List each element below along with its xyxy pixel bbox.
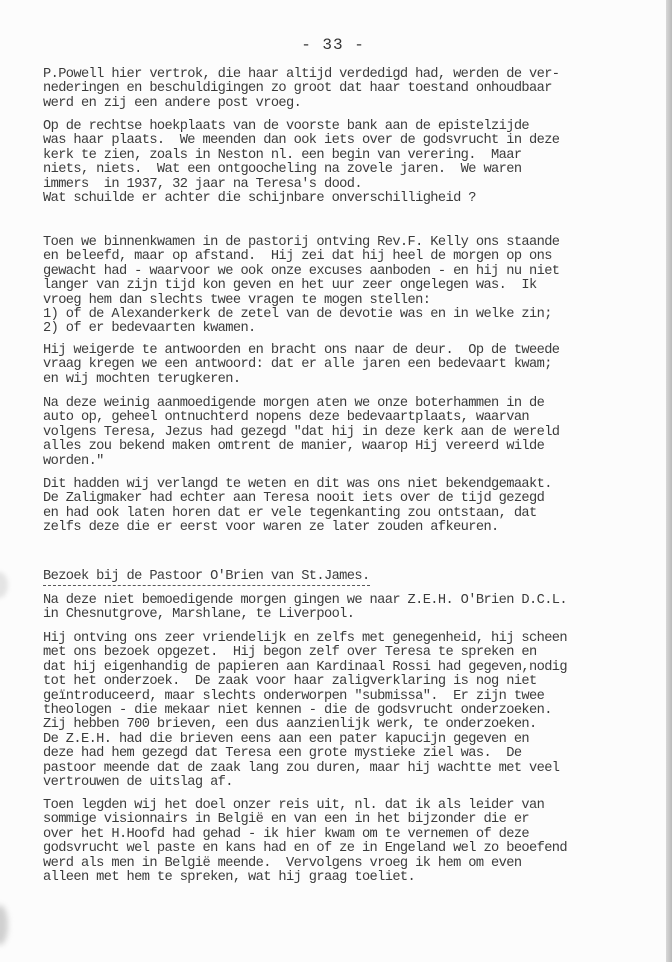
text-line: theologen - die mekaar niet kennen - die… (43, 704, 567, 718)
text-line: over het H.Hoofd had gehad - ik hier kwa… (43, 828, 567, 842)
text-line: geïntroduceerd, maar slechts onderworpen… (43, 690, 567, 704)
text-line: volgens Teresa, Jezus had gezegd "dat hi… (43, 426, 559, 440)
text-line: Na deze niet bemoedigende morgen gingen … (43, 594, 567, 608)
text-line: Dit hadden wij verlangd te weten en dit … (43, 478, 552, 492)
text-line: nederingen en beschuldigingen zo groot d… (43, 82, 559, 96)
text-line: alles zou bekend maken omtrent de manier… (43, 440, 559, 454)
text-line: De Z.E.H. had die brieven eens aan een p… (43, 733, 567, 747)
text-line: werd en zij een andere post vroeg. (43, 97, 559, 111)
text-line: Toen we binnenkwamen in de pastorij ontv… (43, 236, 559, 250)
paragraph: P.Powell hier vertrok, die haar altijd v… (43, 68, 559, 111)
text-line: auto op, geheel ontnuchterd nopens deze … (43, 411, 559, 425)
text-line: vertrouwen de uitslag af. (43, 776, 567, 790)
paragraph: Na deze weinig aanmoedigende morgen aten… (43, 397, 559, 469)
text-line: Wat schuilde er achter die schijnbare on… (43, 192, 559, 206)
document-page: - 33 - P.Powell hier vertrok, die haar a… (0, 0, 666, 962)
text-line: vraag kregen we een antwoord: dat er all… (43, 358, 559, 372)
text-line: alleen met hem te spreken, wat hij graag… (43, 871, 567, 885)
paragraph: Op de rechtse hoekplaats van de voorste … (43, 120, 559, 206)
text-line: was haar plaats. We meenden dan ook iets… (43, 134, 559, 148)
text-line: immers in 1937, 32 jaar na Teresa's dood… (43, 178, 559, 192)
text-line: vroeg hem dan slechts twee vragen te mog… (43, 294, 559, 308)
paragraph: Na deze niet bemoedigende morgen gingen … (43, 594, 567, 623)
text-line: Zij hebben 700 brieven, een dus aanzienl… (43, 718, 567, 732)
text-line: P.Powell hier vertrok, die haar altijd v… (43, 68, 559, 82)
text-line: 1) of de Alexanderkerk de zetel van de d… (43, 308, 559, 322)
text-line: en had ook laten horen dat er vele tegen… (43, 507, 552, 521)
text-line: De Zaligmaker had echter aan Teresa nooi… (43, 492, 552, 506)
text-line: Op de rechtse hoekplaats van de voorste … (43, 120, 559, 134)
text-line: kerk te zien, zoals in Neston nl. een be… (43, 149, 559, 163)
text-line: Toen legden wij het doel onzer reis uit,… (43, 799, 567, 813)
text-line: worden." (43, 455, 559, 469)
text-line: godsvrucht wel paste en kans had en of z… (43, 842, 567, 856)
text-line: 2) of er bedevaarten kwamen. (43, 322, 559, 336)
text-line: pastoor meende dat de zaak lang zou dure… (43, 762, 567, 776)
paragraph: Toen legden wij het doel onzer reis uit,… (43, 799, 567, 885)
text-line: langer van zijn tijd kon geven en het uu… (43, 279, 559, 293)
text-line: zelfs deze die er eerst voor waren ze la… (43, 521, 552, 535)
text-line: in Chesnutgrove, Marshlane, te Liverpool… (43, 608, 567, 622)
paragraph: Dit hadden wij verlangd te weten en dit … (43, 478, 552, 536)
page-edge (666, 0, 672, 962)
text-line: Hij weigerde te antwoorden en bracht ons… (43, 344, 559, 358)
text-line: sommige visionnairs in België en van een… (43, 813, 567, 827)
text-line: dat hij eigenhandig de papieren aan Kard… (43, 661, 567, 675)
text-line: deze had hem gezegd dat Teresa een grote… (43, 747, 567, 761)
paragraph: Hij ontving ons zeer vriendelijk en zelf… (43, 632, 567, 790)
text-line: Na deze weinig aanmoedigende morgen aten… (43, 397, 559, 411)
paragraph: Hij weigerde te antwoorden en bracht ons… (43, 344, 559, 387)
paragraph: Toen we binnenkwamen in de pastorij ontv… (43, 236, 559, 337)
text-line: gewacht had - waarvoor we ook onze excus… (43, 265, 559, 279)
text-line: Hij ontving ons zeer vriendelijk en zelf… (43, 632, 567, 646)
text-line: tot het onderzoek. De zaak voor haar zal… (43, 675, 567, 689)
page-number: - 33 - (0, 36, 666, 54)
text-line: met ons bezoek opgezet. Hij begon zelf o… (43, 646, 567, 660)
text-line: werd als men in België meende. Vervolgen… (43, 857, 567, 871)
text-line: niets, niets. Wat een ontgoocheling na z… (43, 163, 559, 177)
section-heading: Bezoek bij de Pastoor O'Brien van St.Jam… (43, 570, 370, 586)
text-line: en wij mochten terugkeren. (43, 373, 559, 387)
text-line: en beleefd, maar op afstand. Hij zei dat… (43, 250, 559, 264)
